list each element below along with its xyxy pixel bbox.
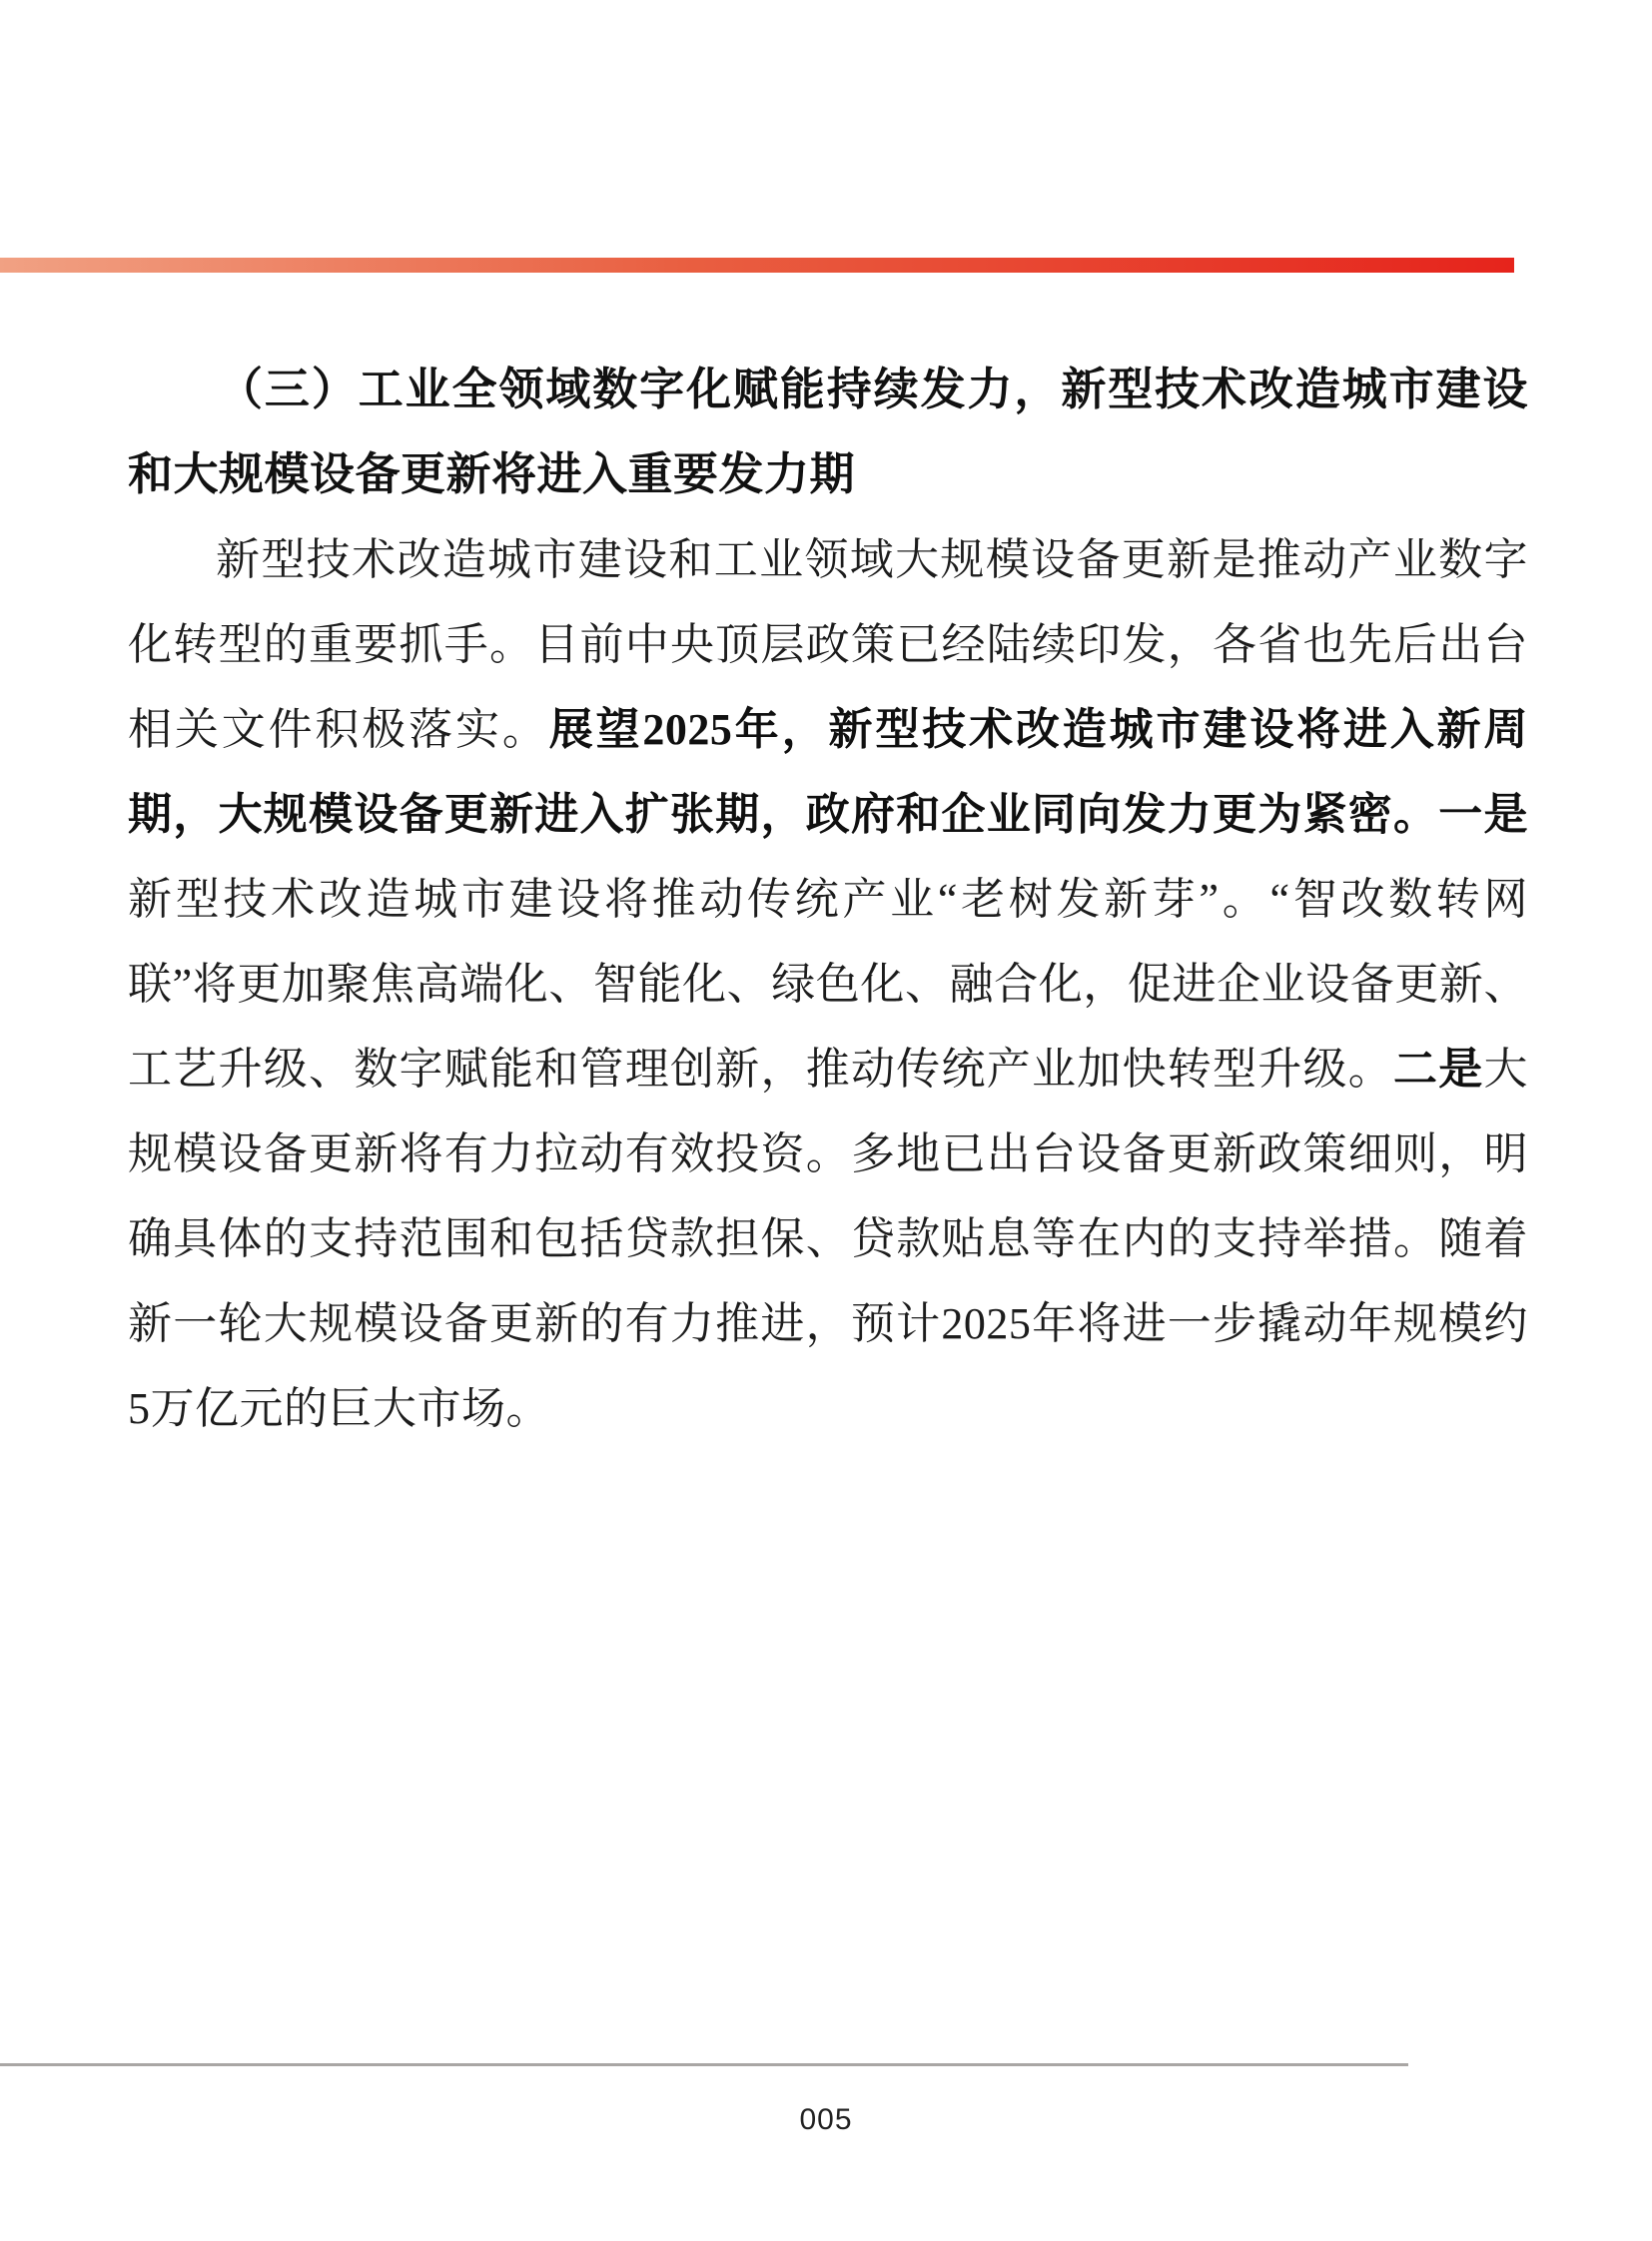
body-paragraph: 新型技术改造城市建设和工业领域大规模设备更新是推动产业数字化转型的重要抓手。目前… [128, 517, 1528, 1451]
body-segment-bold: 二是 [1393, 1045, 1484, 1094]
top-accent-bar [0, 258, 1514, 273]
body-segment: 大规模设备更新将有力拉动有效投资。多地已出台设备更新政策细则，明确具体的支持范围… [128, 1045, 1528, 1433]
document-page: （三）工业全领域数字化赋能持续发力，新型技术改造城市建设和大规模设备更新将进入重… [0, 0, 1652, 2241]
page-number: 005 [0, 2103, 1652, 2137]
page-content: （三）工业全领域数字化赋能持续发力，新型技术改造城市建设和大规模设备更新将进入重… [128, 348, 1528, 1451]
body-segment: 新型技术改造城市建设将推动传统产业“老树发新芽”。“智改数转网联”将更加聚焦高端… [128, 875, 1528, 1094]
section-heading: （三）工业全领域数字化赋能持续发力，新型技术改造城市建设和大规模设备更新将进入重… [128, 348, 1528, 517]
footer-divider [0, 2063, 1408, 2066]
